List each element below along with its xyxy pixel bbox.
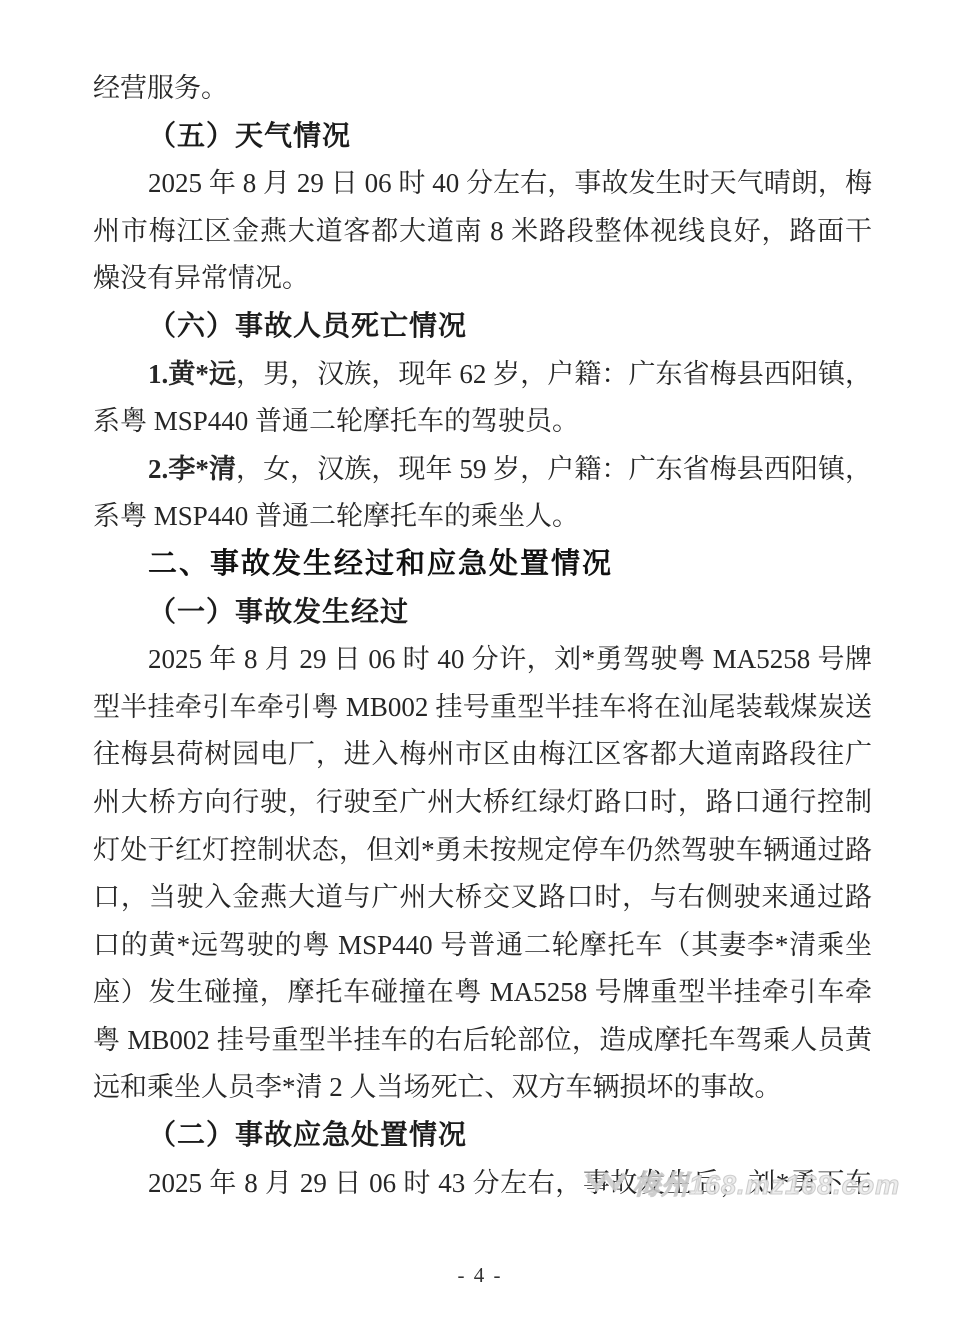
text-line: 2.李*清，女，汉族，现年 59 岁，户籍：广东省梅县西阳镇，	[93, 446, 872, 494]
document-page: 经营服务。（五）天气情况2025 年 8 月 29 日 06 时 40 分左右，…	[0, 0, 960, 1321]
text-line: 州大桥方向行驶，行驶至广州大桥红绿灯路口时，路口通行控制	[93, 779, 872, 827]
text-line: 型半挂牵引车牵引粤 MB002 挂号重型半挂车将在汕尾装载煤炭送	[93, 684, 872, 732]
heading-line: （二）事故应急处置情况	[93, 1112, 872, 1160]
heading-line: （六）事故人员死亡情况	[93, 303, 872, 351]
text-line: 系粤 MSP440 普通二轮摩托车的乘坐人。	[93, 493, 872, 541]
heading-line: 二、事故发生经过和应急处置情况	[93, 541, 872, 589]
text-line: 往梅县荷树园电厂，进入梅州市区由梅江区客都大道南路段往广	[93, 731, 872, 779]
text-line: 灯处于红灯控制状态，但刘*勇未按规定停车仍然驾驶车辆通过路	[93, 827, 872, 875]
text-line: 2025 年 8 月 29 日 06 时 43 分左右，事故发生后，刘*勇下车	[93, 1160, 872, 1208]
person-name-bold: 2.李*清	[148, 454, 236, 484]
text-line: 口，当驶入金燕大道与广州大桥交叉路口时，与右侧驶来通过路	[93, 874, 872, 922]
text-line: 粤 MB002 挂号重型半挂车的右后轮部位，造成摩托车驾乘人员黄*	[93, 1017, 872, 1065]
page-number: - 4 -	[0, 1263, 960, 1288]
text-line: 远和乘坐人员李*清 2 人当场死亡、双方车辆损坏的事故。	[93, 1064, 872, 1112]
text-line: 2025 年 8 月 29 日 06 时 40 分左右，事故发生时天气晴朗，梅	[93, 160, 872, 208]
text-line: 1.黄*远，男，汉族，现年 62 岁，户籍：广东省梅县西阳镇，	[93, 351, 872, 399]
document-body: 经营服务。（五）天气情况2025 年 8 月 29 日 06 时 40 分左右，…	[93, 65, 872, 1207]
heading-line: （一）事故发生经过	[93, 589, 872, 637]
text-line: 燥没有异常情况。	[93, 255, 872, 303]
text-line: 系粤 MSP440 普通二轮摩托车的驾驶员。	[93, 398, 872, 446]
text-line: 州市梅江区金燕大道客都大道南 8 米路段整体视线良好，路面干	[93, 208, 872, 256]
text-line: 座）发生碰撞，摩托车碰撞在粤 MA5258 号牌重型半挂牵引车牵引	[93, 969, 872, 1017]
text-line: 2025 年 8 月 29 日 06 时 40 分许，刘*勇驾驶粤 MA5258…	[93, 636, 872, 684]
heading-line: （五）天气情况	[93, 113, 872, 161]
text-line: 经营服务。	[93, 65, 872, 113]
text-line: 口的黄*远驾驶的粤 MSP440 号普通二轮摩托车（其妻李*清乘坐后	[93, 922, 872, 970]
person-name-bold: 1.黄*远	[148, 359, 236, 389]
